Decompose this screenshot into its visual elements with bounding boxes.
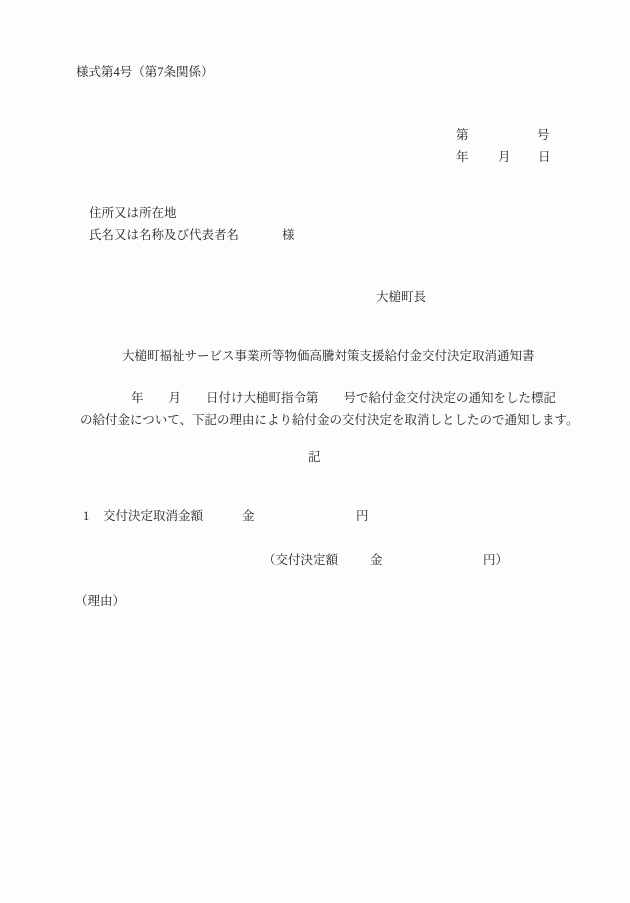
document-title: 大槌町福祉サービス事業所等物価高騰対策支援給付金交付決定取消通知書	[122, 349, 535, 363]
reason-label: （理由）	[75, 594, 125, 608]
item1-number: 1	[83, 509, 89, 523]
recipient-honorific: 様	[282, 228, 295, 242]
sender-title: 大槌町長	[376, 290, 426, 304]
record-heading: 記	[308, 450, 321, 464]
item1-amount-suffix: 円	[356, 509, 369, 523]
item1-label: 交付決定取消金額	[103, 509, 203, 523]
recipient-name-label: 氏名又は名称及び代表者名	[89, 228, 239, 242]
date-year-label: 年	[456, 150, 469, 164]
date-day-label: 日	[538, 150, 551, 164]
subitem-line: （交付決定額 金 円）	[0, 553, 630, 623]
date-month-label: 月	[498, 150, 511, 164]
subitem-amount-prefix: 金	[370, 553, 383, 567]
issue-number-prefix: 第	[456, 128, 469, 142]
body-line-1: 年 月 日付け大槌町指令第 号で給付金交付決定の通知をした標記	[131, 391, 556, 405]
recipient-name-line: 氏名又は名称及び代表者名 様	[0, 228, 630, 284]
issue-number-suffix: 号	[537, 128, 550, 142]
subitem-open-label: （交付決定額	[263, 553, 338, 567]
document-page: 様式第4号（第7条関係） 第 号 年 月 日 住所又は所在地 氏名又は名称及び代…	[0, 0, 630, 903]
form-number: 様式第4号（第7条関係）	[76, 65, 214, 79]
body-line-2: の給付金について、下記の理由により給付金の交付決定を取消しとしたので通知します。	[80, 413, 579, 427]
subitem-amount-suffix: 円）	[483, 553, 508, 567]
recipient-address-label: 住所又は所在地	[89, 206, 177, 220]
item1-amount-prefix: 金	[242, 509, 255, 523]
